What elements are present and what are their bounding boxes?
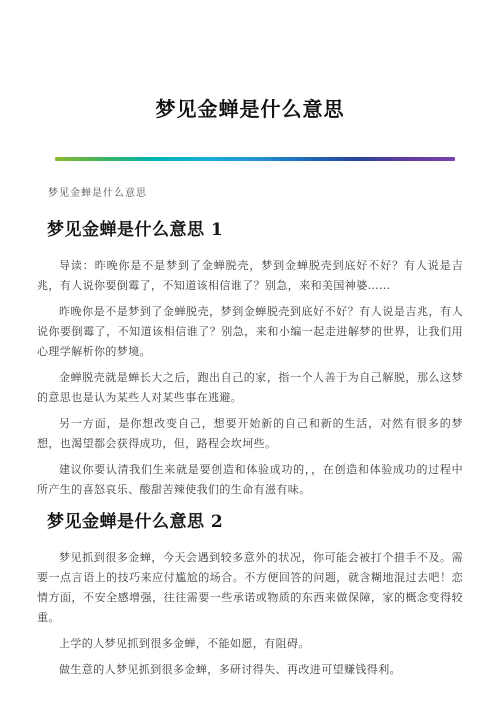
paragraph-lead: 导读：昨晚你是不是梦到了金蝉脱壳，梦到金蝉脱壳到底好不好？有人说是吉兆，有人说你… xyxy=(37,256,463,296)
paragraph: 昨晚你是不是梦到了金蝉脱壳，梦到金蝉脱壳到底好不好？有人说是吉兆，有人说你要倒霉… xyxy=(37,302,463,362)
paragraph: 做生意的人梦见抓到很多金蝉，多研讨得失、再改进可望赚钱得利。 xyxy=(37,660,463,680)
section-1: 梦见金蝉是什么意思 1 导读：昨晚你是不是梦到了金蝉脱壳，梦到金蝉脱壳到底好不好… xyxy=(0,218,500,500)
section-2: 梦见金蝉是什么意思 2 梦见抓到很多金蝉，今天会遇到较多意外的状况，你可能会被打… xyxy=(0,510,500,680)
section-2-heading: 梦见金蝉是什么意思 2 xyxy=(47,510,500,534)
section-1-heading: 梦见金蝉是什么意思 1 xyxy=(47,218,500,242)
document-subtitle: 梦见金蝉是什么意思 xyxy=(48,187,500,201)
paragraph: 另一方面，是你想改变自己，想要开始新的自己和新的生活，对然有很多的梦想，也渴望都… xyxy=(37,414,463,454)
paragraph: 建议你要认清我们生来就是要创造和体验成功的，，在创造和体验成功的过程中所产生的喜… xyxy=(37,460,463,500)
document-title: 梦见金蝉是什么意思 xyxy=(0,0,500,123)
gradient-divider xyxy=(55,157,455,161)
paragraph: 金蝉脱壳就是蝉长大之后，跑出自己的家，指一个人善于为自己解脱，那么这梦的意思也是… xyxy=(37,368,463,408)
paragraph: 梦见抓到很多金蝉，今天会遇到较多意外的状况，你可能会被打个措手不及。需要一点言语… xyxy=(37,548,463,628)
paragraph: 上学的人梦见抓到很多金蝉，不能如愿，有阻碍。 xyxy=(37,634,463,654)
document-page: 梦见金蝉是什么意思 梦见金蝉是什么意思 梦见金蝉是什么意思 1 导读：昨晚你是不… xyxy=(0,0,500,708)
